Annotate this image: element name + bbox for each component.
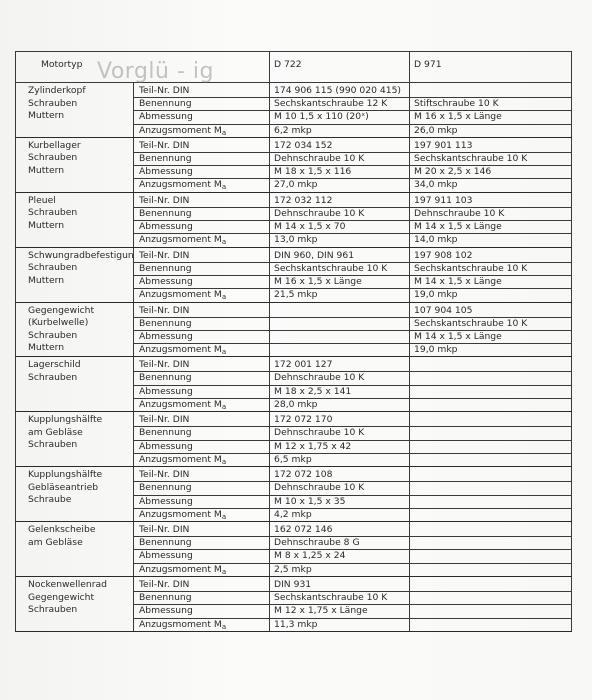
- component-name-line: Muttern: [28, 275, 133, 288]
- d722-designation-value: [270, 317, 410, 330]
- component-name: Gegengewicht(Kurbelwelle)SchraubenMutter…: [16, 302, 134, 357]
- row-label-text: Teil-Nr. DIN: [139, 359, 189, 370]
- component-name-line: Gegengewicht: [28, 592, 133, 605]
- torque-subscript: a: [222, 348, 226, 356]
- table-row: Gegengewicht(Kurbelwelle)SchraubenMutter…: [16, 302, 572, 317]
- part-number-label: Teil-Nr. DIN: [134, 412, 270, 427]
- row-label-text: Benennung: [139, 372, 192, 383]
- dimension-label: Abmessung: [134, 385, 270, 398]
- torque-label: Anzugsmoment Ma: [134, 289, 270, 302]
- d971-dimension-value: [410, 605, 572, 618]
- torque-subscript: a: [222, 623, 226, 631]
- d971-part-number-value: [410, 577, 572, 592]
- dimension-label: Abmessung: [134, 440, 270, 453]
- row-label-text: Abmessung: [139, 441, 193, 452]
- d722-part-number-value: DIN 960, DIN 961: [270, 247, 410, 262]
- torque-label: Anzugsmoment Ma: [134, 179, 270, 192]
- d971-torque-value: [410, 508, 572, 521]
- d722-designation-value: Dehnschraube 10 K: [270, 372, 410, 385]
- component-name-line: Schrauben: [28, 207, 133, 220]
- d971-dimension-value: M 20 x 2,5 x 146: [410, 166, 572, 179]
- d971-torque-value: 14,0 mkp: [410, 234, 572, 247]
- part-number-label: Teil-Nr. DIN: [134, 192, 270, 207]
- dimension-label: Abmessung: [134, 495, 270, 508]
- part-number-label: Teil-Nr. DIN: [134, 302, 270, 317]
- component-name-line: Muttern: [28, 165, 133, 178]
- component-name-line: am Gebläse: [28, 427, 133, 440]
- dimension-label: Abmessung: [134, 275, 270, 288]
- component-name-line: am Gebläse: [28, 537, 133, 550]
- component-name: NockenwellenradGegengewichtSchrauben: [16, 577, 134, 632]
- component-name-line: Schrauben: [28, 152, 133, 165]
- part-number-label: Teil-Nr. DIN: [134, 83, 270, 98]
- component-name: LagerschildSchrauben: [16, 357, 134, 412]
- row-label-text: Abmessung: [139, 331, 193, 342]
- d971-dimension-value: M 16 x 1,5 x Länge: [410, 111, 572, 124]
- component-name-line: Zylinderkopf: [28, 85, 133, 98]
- row-label-text: Teil-Nr. DIN: [139, 469, 189, 480]
- row-label-text: Anzugsmoment M: [139, 619, 222, 630]
- d722-torque-value: 27,0 mkp: [270, 179, 410, 192]
- component-name-line: Kurbellager: [28, 140, 133, 153]
- torque-subscript: a: [222, 513, 226, 521]
- table-row: SchwungradbefestigungSchraubenMutternTei…: [16, 247, 572, 262]
- part-number-label: Teil-Nr. DIN: [134, 247, 270, 262]
- row-label-text: Teil-Nr. DIN: [139, 140, 189, 151]
- d722-dimension-value: M 12 x 1,75 x 42: [270, 440, 410, 453]
- d722-torque-value: 4,2 mkp: [270, 508, 410, 521]
- d971-designation-value: Sechskantschraube 10 K: [410, 317, 572, 330]
- component-name-line: Schrauben: [28, 98, 133, 111]
- row-label-text: Anzugsmoment M: [139, 125, 222, 136]
- table-row: Gelenkscheibeam GebläseTeil-Nr. DIN162 0…: [16, 522, 572, 537]
- component-name-line: Schwungradbefestigung: [28, 250, 133, 263]
- dimension-label: Abmessung: [134, 550, 270, 563]
- d722-designation-value: Dehnschraube 8 G: [270, 537, 410, 550]
- component-name-line: (Kurbelwelle): [28, 317, 133, 330]
- row-label-text: Abmessung: [139, 111, 193, 122]
- component-name-line: Pleuel: [28, 195, 133, 208]
- torque-subscript: a: [222, 458, 226, 466]
- header-row: Motortyp D 722 D 971: [16, 52, 572, 83]
- part-number-label: Teil-Nr. DIN: [134, 357, 270, 372]
- part-number-label: Teil-Nr. DIN: [134, 577, 270, 592]
- d722-part-number-value: 172 034 152: [270, 137, 410, 152]
- row-label-text: Abmessung: [139, 276, 193, 287]
- d971-part-number-value: [410, 467, 572, 482]
- row-label-text: Anzugsmoment M: [139, 399, 222, 410]
- torque-subscript: a: [222, 183, 226, 191]
- d971-part-number-value: 197 901 113: [410, 137, 572, 152]
- d722-part-number-value: 162 072 146: [270, 522, 410, 537]
- d722-dimension-value: M 18 x 2,5 x 141: [270, 385, 410, 398]
- torque-subscript: a: [222, 568, 226, 576]
- row-label-text: Benennung: [139, 537, 192, 548]
- d722-torque-value: 6,5 mkp: [270, 453, 410, 466]
- row-label-text: Anzugsmoment M: [139, 564, 222, 575]
- designation-label: Benennung: [134, 537, 270, 550]
- row-label-text: Abmessung: [139, 386, 193, 397]
- torque-label: Anzugsmoment Ma: [134, 344, 270, 357]
- d971-dimension-value: M 14 x 1,5 x Länge: [410, 275, 572, 288]
- row-label-text: Teil-Nr. DIN: [139, 195, 189, 206]
- component-name-line: Lagerschild: [28, 359, 133, 372]
- d722-dimension-value: M 10 x 1,5 x 35: [270, 495, 410, 508]
- component-name-line: Schrauben: [28, 604, 133, 617]
- d722-part-number-value: DIN 931: [270, 577, 410, 592]
- table-row: PleuelSchraubenMutternTeil-Nr. DIN172 03…: [16, 192, 572, 207]
- component-name-line: Schrauben: [28, 372, 133, 385]
- row-label-text: Teil-Nr. DIN: [139, 305, 189, 316]
- designation-label: Benennung: [134, 592, 270, 605]
- row-label-text: Abmessung: [139, 166, 193, 177]
- d971-torque-value: 19,0 mkp: [410, 344, 572, 357]
- row-label-text: Benennung: [139, 592, 192, 603]
- torque-label: Anzugsmoment Ma: [134, 563, 270, 576]
- component-name: Kupplungshälfteam GebläseSchrauben: [16, 412, 134, 467]
- d971-designation-value: [410, 427, 572, 440]
- table-row: NockenwellenradGegengewichtSchraubenTeil…: [16, 577, 572, 592]
- d971-torque-value: 19,0 mkp: [410, 289, 572, 302]
- d722-designation-value: Dehnschraube 10 K: [270, 152, 410, 165]
- torque-subscript: a: [222, 129, 226, 137]
- d971-designation-value: Sechskantschraube 10 K: [410, 152, 572, 165]
- d722-torque-value: 11,3 mkp: [270, 618, 410, 631]
- torque-subscript: a: [222, 293, 226, 301]
- d971-designation-value: [410, 537, 572, 550]
- d971-designation-value: [410, 482, 572, 495]
- row-label-text: Anzugsmoment M: [139, 179, 222, 190]
- torque-label: Anzugsmoment Ma: [134, 453, 270, 466]
- component-name-line: Gelenkscheibe: [28, 524, 133, 537]
- row-label-text: Anzugsmoment M: [139, 509, 222, 520]
- row-label-text: Benennung: [139, 318, 192, 329]
- row-label-text: Benennung: [139, 153, 192, 164]
- d722-designation-value: Dehnschraube 10 K: [270, 482, 410, 495]
- dimension-label: Abmessung: [134, 330, 270, 343]
- d722-part-number-value: 172 032 112: [270, 192, 410, 207]
- component-name: KupplungshälfteGebläseantriebSchraube: [16, 467, 134, 522]
- torque-label: Anzugsmoment Ma: [134, 234, 270, 247]
- designation-label: Benennung: [134, 207, 270, 220]
- d971-dimension-value: M 14 x 1,5 x Länge: [410, 330, 572, 343]
- d722-dimension-value: M 8 x 1,25 x 24: [270, 550, 410, 563]
- row-label-text: Benennung: [139, 98, 192, 109]
- d722-torque-value: 13,0 mkp: [270, 234, 410, 247]
- d971-torque-value: 26,0 mkp: [410, 124, 572, 137]
- designation-label: Benennung: [134, 482, 270, 495]
- d971-designation-value: [410, 592, 572, 605]
- d971-part-number-value: [410, 412, 572, 427]
- designation-label: Benennung: [134, 317, 270, 330]
- row-label-text: Anzugsmoment M: [139, 454, 222, 465]
- table-row: LagerschildSchraubenTeil-Nr. DIN172 001 …: [16, 357, 572, 372]
- d971-designation-value: [410, 372, 572, 385]
- component-name-line: Kupplungshälfte: [28, 414, 133, 427]
- row-label-text: Abmessung: [139, 605, 193, 616]
- d722-part-number-value: 172 001 127: [270, 357, 410, 372]
- d971-dimension-value: [410, 385, 572, 398]
- designation-label: Benennung: [134, 98, 270, 111]
- d722-dimension-value: M 16 x 1,5 x Länge: [270, 275, 410, 288]
- table-row: KupplungshälfteGebläseantriebSchraubeTei…: [16, 467, 572, 482]
- d971-torque-value: 34,0 mkp: [410, 179, 572, 192]
- d971-part-number-value: 197 908 102: [410, 247, 572, 262]
- d971-dimension-value: M 14 x 1,5 x Länge: [410, 221, 572, 234]
- row-label-text: Abmessung: [139, 221, 193, 232]
- d971-torque-value: [410, 399, 572, 412]
- row-label-text: Abmessung: [139, 550, 193, 561]
- d971-designation-value: Sechskantschraube 10 K: [410, 262, 572, 275]
- d722-dimension-value: M 14 x 1,5 x 70: [270, 221, 410, 234]
- dimension-label: Abmessung: [134, 605, 270, 618]
- engine-type-label: Motortyp: [16, 52, 270, 83]
- torque-label: Anzugsmoment Ma: [134, 124, 270, 137]
- d722-part-number-value: 172 072 170: [270, 412, 410, 427]
- d722-torque-value: 6,2 mkp: [270, 124, 410, 137]
- component-name: ZylinderkopfSchraubenMuttern: [16, 83, 134, 138]
- d971-torque-value: [410, 453, 572, 466]
- dimension-label: Abmessung: [134, 221, 270, 234]
- d722-part-number-value: 172 072 108: [270, 467, 410, 482]
- row-label-text: Abmessung: [139, 496, 193, 507]
- part-number-label: Teil-Nr. DIN: [134, 467, 270, 482]
- d971-part-number-value: [410, 522, 572, 537]
- d971-dimension-value: [410, 550, 572, 563]
- dimension-label: Abmessung: [134, 111, 270, 124]
- engine-d722-header: D 722: [270, 52, 410, 83]
- d722-dimension-value: M 10 1,5 x 110 (20ˣ): [270, 111, 410, 124]
- d722-torque-value: 21,5 mkp: [270, 289, 410, 302]
- torque-label: Anzugsmoment Ma: [134, 508, 270, 521]
- row-label-text: Teil-Nr. DIN: [139, 579, 189, 590]
- row-label-text: Teil-Nr. DIN: [139, 85, 189, 96]
- component-name: SchwungradbefestigungSchraubenMuttern: [16, 247, 134, 302]
- row-label-text: Anzugsmoment M: [139, 289, 222, 300]
- component-name-line: Gebläseantrieb: [28, 482, 133, 495]
- d722-dimension-value: M 12 x 1,75 x Länge: [270, 605, 410, 618]
- component-name-line: Muttern: [28, 342, 133, 355]
- torque-subscript: a: [222, 403, 226, 411]
- component-name: KurbellagerSchraubenMuttern: [16, 137, 134, 192]
- d722-part-number-value: 174 906 115 (990 020 415): [270, 83, 410, 98]
- d722-dimension-value: M 18 x 1,5 x 116: [270, 166, 410, 179]
- component-name-line: Schrauben: [28, 439, 133, 452]
- d971-designation-value: Stiftschraube 10 K: [410, 98, 572, 111]
- row-label-text: Benennung: [139, 482, 192, 493]
- row-label-text: Anzugsmoment M: [139, 344, 222, 355]
- designation-label: Benennung: [134, 262, 270, 275]
- d722-torque-value: 2,5 mkp: [270, 563, 410, 576]
- designation-label: Benennung: [134, 427, 270, 440]
- d971-part-number-value: 107 904 105: [410, 302, 572, 317]
- d722-part-number-value: [270, 302, 410, 317]
- d722-designation-value: Sechskantschraube 12 K: [270, 98, 410, 111]
- component-name-line: Schraube: [28, 494, 133, 507]
- component-name-line: Kupplungshälfte: [28, 469, 133, 482]
- d971-dimension-value: [410, 440, 572, 453]
- component-name: PleuelSchraubenMuttern: [16, 192, 134, 247]
- torque-label: Anzugsmoment Ma: [134, 618, 270, 631]
- d722-dimension-value: [270, 330, 410, 343]
- row-label-text: Benennung: [139, 427, 192, 438]
- d722-torque-value: 28,0 mkp: [270, 399, 410, 412]
- row-label-text: Benennung: [139, 263, 192, 274]
- bolt-torque-table: Motortyp D 722 D 971 ZylinderkopfSchraub…: [15, 51, 572, 632]
- d971-part-number-value: 197 911 103: [410, 192, 572, 207]
- row-label-text: Benennung: [139, 208, 192, 219]
- torque-label: Anzugsmoment Ma: [134, 399, 270, 412]
- row-label-text: Anzugsmoment M: [139, 234, 222, 245]
- d971-part-number-value: [410, 83, 572, 98]
- component-name-line: Gegengewicht: [28, 305, 133, 318]
- row-label-text: Teil-Nr. DIN: [139, 524, 189, 535]
- d722-designation-value: Sechskantschraube 10 K: [270, 592, 410, 605]
- d722-designation-value: Dehnschraube 10 K: [270, 427, 410, 440]
- d971-part-number-value: [410, 357, 572, 372]
- component-name-line: Muttern: [28, 220, 133, 233]
- row-label-text: Teil-Nr. DIN: [139, 250, 189, 261]
- d971-designation-value: Dehnschraube 10 K: [410, 207, 572, 220]
- component-name-line: Muttern: [28, 110, 133, 123]
- part-number-label: Teil-Nr. DIN: [134, 522, 270, 537]
- table-row: ZylinderkopfSchraubenMutternTeil-Nr. DIN…: [16, 83, 572, 98]
- designation-label: Benennung: [134, 152, 270, 165]
- d722-designation-value: Sechskantschraube 10 K: [270, 262, 410, 275]
- table-row: KurbellagerSchraubenMutternTeil-Nr. DIN1…: [16, 137, 572, 152]
- dimension-label: Abmessung: [134, 166, 270, 179]
- component-name: Gelenkscheibeam Gebläse: [16, 522, 134, 577]
- d971-torque-value: [410, 618, 572, 631]
- component-name-line: Nockenwellenrad: [28, 579, 133, 592]
- torque-subscript: a: [222, 238, 226, 246]
- part-number-label: Teil-Nr. DIN: [134, 137, 270, 152]
- table-row: Kupplungshälfteam GebläseSchraubenTeil-N…: [16, 412, 572, 427]
- d971-torque-value: [410, 563, 572, 576]
- d722-torque-value: [270, 344, 410, 357]
- component-name-line: Schrauben: [28, 262, 133, 275]
- row-label-text: Teil-Nr. DIN: [139, 414, 189, 425]
- d722-designation-value: Dehnschraube 10 K: [270, 207, 410, 220]
- component-name-line: Schrauben: [28, 330, 133, 343]
- engine-d971-header: D 971: [410, 52, 572, 83]
- d971-dimension-value: [410, 495, 572, 508]
- designation-label: Benennung: [134, 372, 270, 385]
